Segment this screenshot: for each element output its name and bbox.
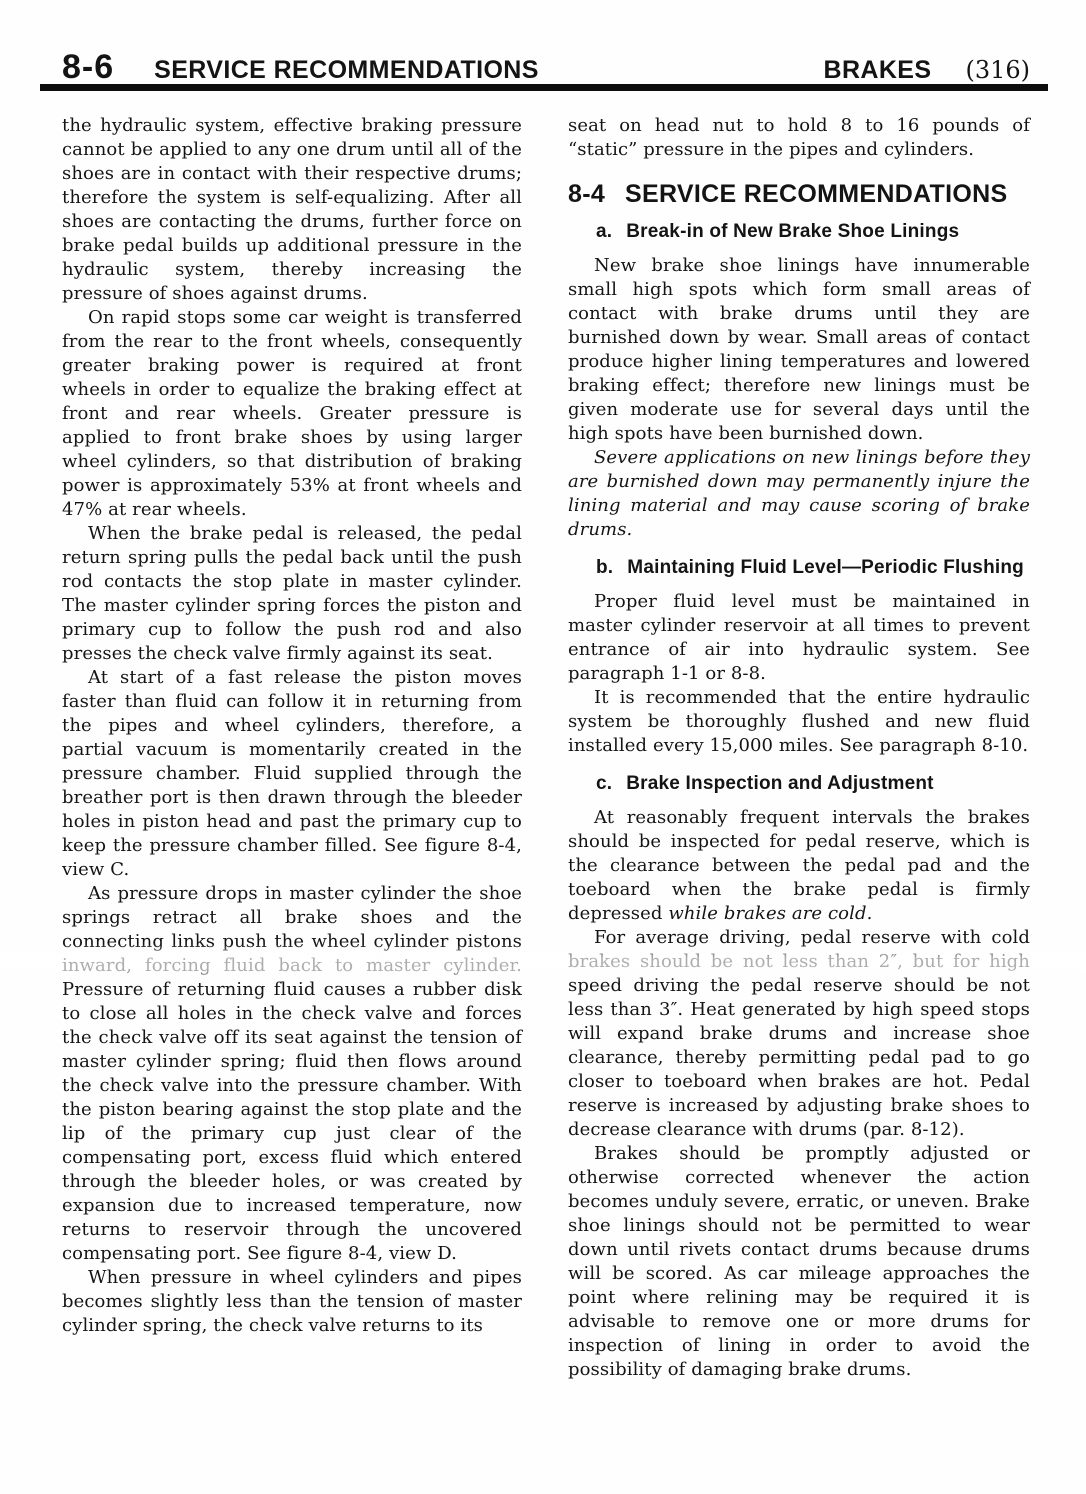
subsection-title: Break-in of New Brake Shoe Linings [626, 220, 959, 244]
running-title-left: SERVICE RECOMMENDATIONS [154, 56, 539, 85]
body-text: For average driving, pedal reserve with … [568, 927, 1030, 1140]
paragraph: Proper fluid level must be maintained in… [568, 590, 1030, 686]
paragraph: On rapid stops some car weight is transf… [62, 306, 522, 522]
running-header-left: 8-6 SERVICE RECOMMENDATIONS [62, 48, 539, 87]
subsection-heading: a.Break-in of New Brake Shoe Linings [596, 220, 1030, 244]
paragraph: It is recommended that the entire hydrau… [568, 686, 1030, 758]
subsection-letter: b. [596, 556, 613, 580]
running-header: 8-6 SERVICE RECOMMENDATIONS BRAKES (316) [62, 48, 1030, 87]
section-number: 8-6 [62, 48, 114, 87]
paragraph: For average driving, pedal reserve with … [568, 926, 1030, 1142]
subsection-heading: c.Brake Inspection and Adjustment [596, 772, 1030, 796]
section-heading-number: 8-4 [568, 182, 605, 206]
paragraph: seat on head nut to hold 8 to 16 pounds … [568, 114, 1030, 162]
header-rule [40, 84, 1048, 91]
body-text: At start of a fast release the piston mo… [62, 667, 522, 880]
paragraph: Brakes should be promptly adjusted or ot… [568, 1142, 1030, 1382]
section-heading-title: SERVICE RECOMMENDATIONS [625, 182, 1007, 206]
paragraph: When the brake pedal is released, the pe… [62, 522, 522, 666]
body-text: When pressure in wheel cylinders and pip… [62, 1267, 522, 1336]
paragraph: New brake shoe linings have innumerable … [568, 254, 1030, 446]
body-text: New brake shoe linings have innumerable … [568, 255, 1030, 444]
running-header-right: BRAKES (316) [823, 56, 1030, 85]
paragraph: At reasonably frequent intervals the bra… [568, 806, 1030, 926]
paragraph: As pressure drops in master cylinder the… [62, 882, 522, 1266]
emphasized-text: while brakes are cold. [668, 903, 872, 924]
left-column: the hydraulic system, effective braking … [62, 114, 522, 1338]
paragraph: the hydraulic system, effective braking … [62, 114, 522, 306]
paragraph: When pressure in wheel cylinders and pip… [62, 1266, 522, 1338]
subsection-letter: a. [596, 220, 612, 244]
paragraph: At start of a fast release the piston mo… [62, 666, 522, 882]
paragraph: Severe applications on new linings befor… [568, 446, 1030, 542]
subsection-title: Maintaining Fluid Level—Periodic Flushin… [627, 556, 1024, 580]
subsection-heading: b.Maintaining Fluid Level—Periodic Flush… [596, 556, 1030, 580]
subsection-title: Brake Inspection and Adjustment [626, 772, 933, 796]
page-number: (316) [965, 56, 1030, 84]
body-text: Proper fluid level must be maintained in… [568, 591, 1030, 684]
body-text: Severe applications on new linings befor… [568, 447, 1030, 540]
body-text: On rapid stops some car weight is transf… [62, 307, 522, 520]
body-text: It is recommended that the entire hydrau… [568, 687, 1030, 756]
body-text: the hydraulic system, effective braking … [62, 115, 522, 304]
section-heading: 8-4SERVICE RECOMMENDATIONS [568, 182, 1030, 206]
subsection-letter: c. [596, 772, 612, 796]
body-text: seat on head nut to hold 8 to 16 pounds … [568, 115, 1030, 160]
right-column: seat on head nut to hold 8 to 16 pounds … [568, 114, 1030, 1382]
body-text: When the brake pedal is released, the pe… [62, 523, 522, 664]
body-text: As pressure drops in master cylinder the… [62, 883, 522, 1264]
body-text: Brakes should be promptly adjusted or ot… [568, 1143, 1030, 1380]
manual-page: 8-6 SERVICE RECOMMENDATIONS BRAKES (316)… [0, 0, 1086, 1494]
running-title-right: BRAKES [823, 56, 931, 85]
